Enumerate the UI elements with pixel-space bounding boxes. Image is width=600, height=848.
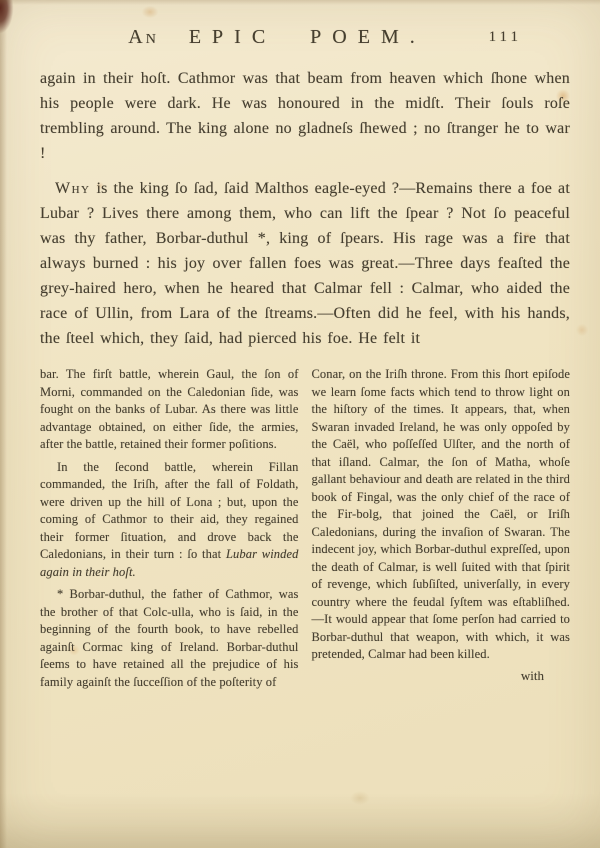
footnote-column-left: bar. The firſt battle, wherein Gaul, the… (40, 366, 299, 691)
catchword-line: with (312, 667, 571, 685)
footnotes-section: bar. The firſt battle, wherein Gaul, the… (40, 366, 570, 691)
running-header: AnEPIC POEM. 111 (40, 26, 570, 50)
header-poem-title: EPIC POEM. (189, 26, 426, 48)
body-paragraph-1: again in their hoſt. Cathmor was that be… (40, 66, 570, 166)
page-spine-shadow (0, 0, 7, 848)
footnote-column-right: Conar, on the Iriſh throne. From this ſh… (312, 366, 571, 691)
body-paragraph-2: Why is the king ſo ſad, ſaid Malthos eag… (40, 176, 570, 351)
paragraph-lead-word: Why (55, 180, 91, 197)
header-title-group: AnEPIC POEM. (12, 26, 542, 49)
book-page: AnEPIC POEM. 111 again in their hoſt. Ca… (0, 0, 600, 848)
bottom-edge-shadow (0, 793, 600, 848)
footnote-borbar-duthul: * Borbar-duthul, the father of Cathmor, … (40, 586, 299, 691)
page-number: 111 (489, 29, 522, 46)
footnote-text: In the ſecond battle, wherein Fillan com… (40, 460, 299, 562)
footnote-continuation: bar. The firſt battle, wherein Gaul, the… (40, 366, 299, 454)
header-article: An (128, 26, 159, 48)
top-edge-shadow (0, 0, 600, 5)
main-text-block: again in their hoſt. Cathmor was that be… (40, 66, 570, 351)
footnote-continuation-right: Conar, on the Iriſh throne. From this ſh… (312, 366, 571, 664)
paragraph-body: is the king ſo ſad, ſaid Malthos eagle-e… (40, 180, 570, 347)
catchword: with (521, 668, 544, 683)
footnote-second-battle: In the ſecond battle, wherein Fillan com… (40, 459, 299, 582)
